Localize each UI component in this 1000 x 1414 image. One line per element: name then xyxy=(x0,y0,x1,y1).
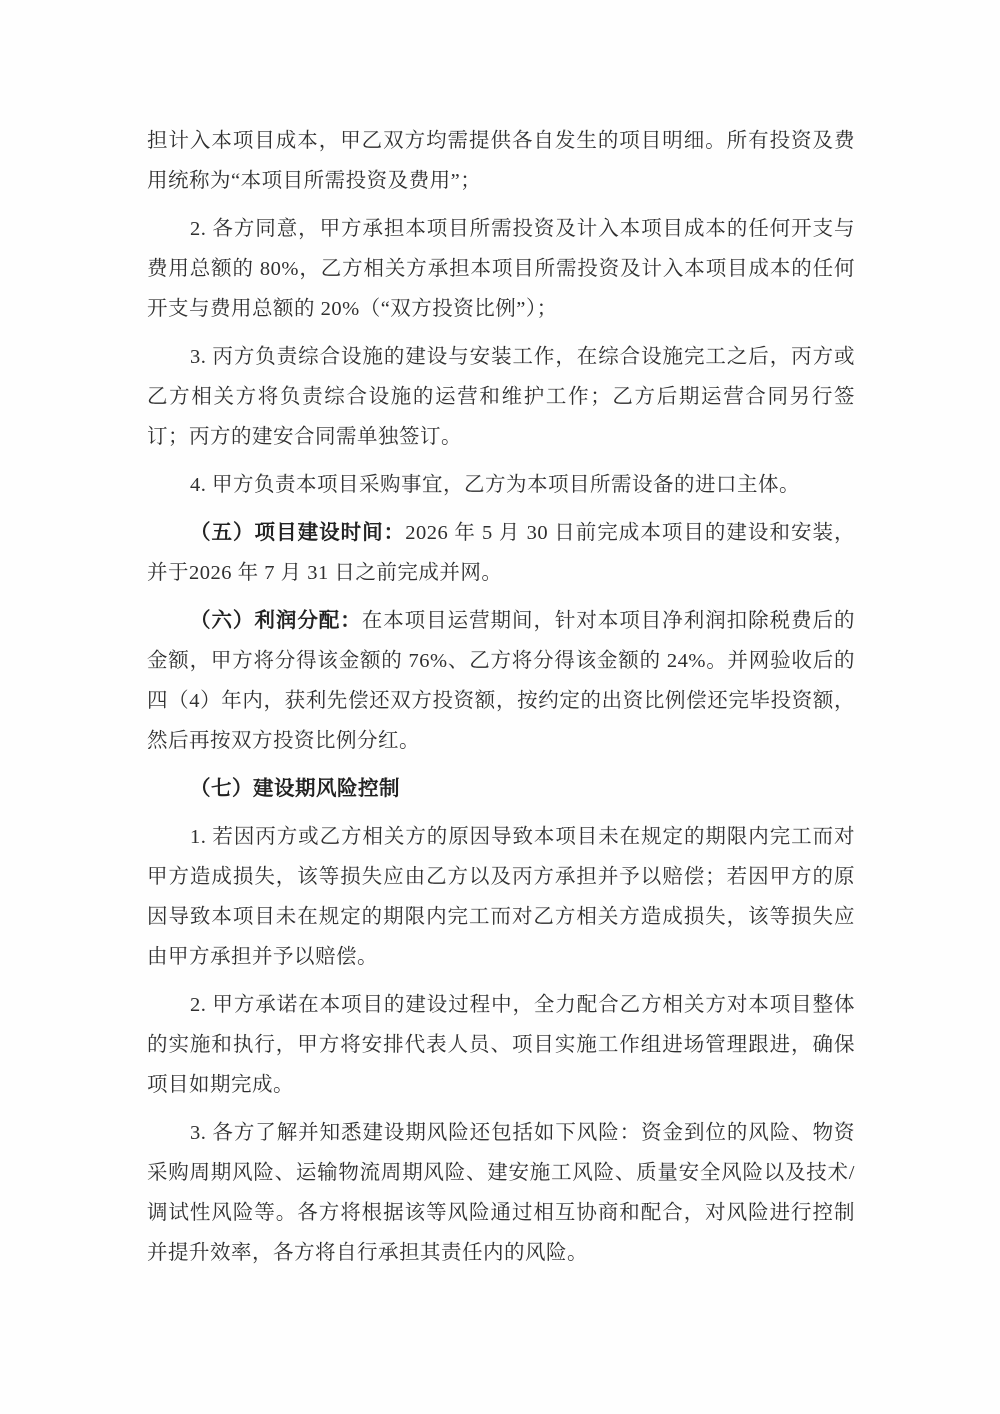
section-paragraph: （五）项目建设时间：2026 年 5 月 30 日前完成本项目的建设和安装，并于… xyxy=(147,513,855,593)
body-paragraph: 担计入本项目成本，甲乙双方均需提供各自发生的项目明细。所有投资及费用统称为“本项… xyxy=(147,121,855,201)
section-heading-label: （五）项目建设时间： xyxy=(190,522,405,544)
body-paragraph: 2. 各方同意，甲方承担本项目所需投资及计入本项目成本的任何开支与费用总额的 8… xyxy=(147,209,855,329)
section-paragraph: （七）建设期风险控制 xyxy=(147,769,855,809)
body-paragraph: 2. 甲方承诺在本项目的建设过程中，全力配合乙方相关方对本项目整体的实施和执行，… xyxy=(147,985,855,1105)
body-paragraph: 4. 甲方负责本项目采购事宜，乙方为本项目所需设备的进口主体。 xyxy=(147,465,855,505)
section-heading-label: （七）建设期风险控制 xyxy=(190,778,400,800)
document-content: 担计入本项目成本，甲乙双方均需提供各自发生的项目明细。所有投资及费用统称为“本项… xyxy=(147,121,855,1273)
section-paragraph: （六）利润分配：在本项目运营期间，针对本项目净利润扣除税费后的金额，甲方将分得该… xyxy=(147,601,855,761)
body-paragraph: 1. 若因丙方或乙方相关方的原因导致本项目未在规定的期限内完工而对甲方造成损失，… xyxy=(147,817,855,977)
body-paragraph: 3. 各方了解并知悉建设期风险还包括如下风险：资金到位的风险、物资采购周期风险、… xyxy=(147,1113,855,1273)
section-heading-label: （六）利润分配： xyxy=(190,610,362,632)
document-page: 担计入本项目成本，甲乙双方均需提供各自发生的项目明细。所有投资及费用统称为“本项… xyxy=(0,0,1000,1414)
body-paragraph: 3. 丙方负责综合设施的建设与安装工作，在综合设施完工之后，丙方或乙方相关方将负… xyxy=(147,337,855,457)
